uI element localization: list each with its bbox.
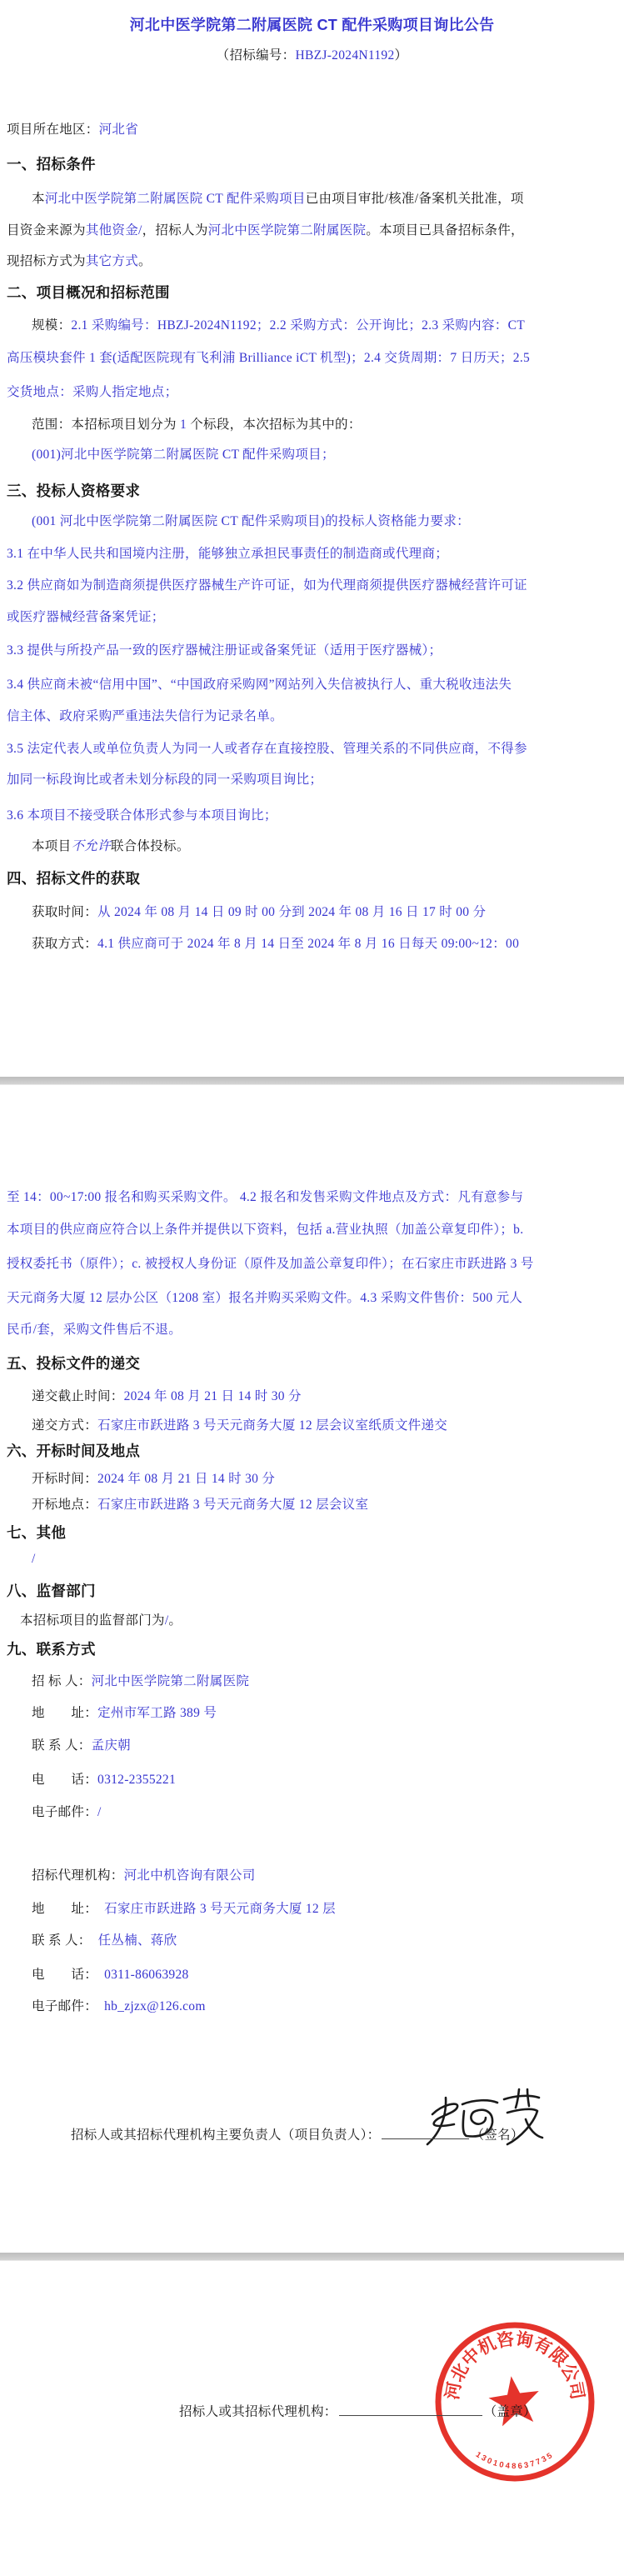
- page-separator-2: [0, 2253, 624, 2261]
- text-segment: 。: [138, 254, 152, 268]
- section-5-heading: 五、投标文件的递交: [7, 1355, 140, 1373]
- text-segment: 本项目: [32, 839, 71, 853]
- agency-name: 招标代理机构：河北中机咨询有限公司: [32, 1868, 256, 1884]
- text-segment: 其他资金/: [86, 223, 142, 238]
- bidder-email: 电子邮件：/: [32, 1805, 102, 1821]
- text-segment: 电子邮件：: [32, 1999, 104, 2013]
- seal-line: 招标人或其招标代理机构：（盖章）: [179, 2402, 537, 2420]
- text-segment: 河北省: [99, 123, 138, 137]
- text-segment: 个标段，本次招标为其中的：: [190, 418, 361, 432]
- condition-para-line3: 现招标方式为其它方式。: [7, 254, 152, 270]
- text-segment: 石家庄市跃进路 3 号天元商务大厦 12 层会议室: [97, 1498, 368, 1512]
- text-segment: 开标时间：: [32, 1472, 97, 1486]
- obtain-method-line4: 授权委托书（原件）；c. 被授权人身份证（原件及加盖公章复印件）；在石家庄市跃进…: [7, 1257, 534, 1273]
- obtain-method-line6: 民币/套，采购文件售后不退。: [7, 1323, 182, 1338]
- text-segment: 获取时间：: [32, 905, 97, 919]
- lot-line: (001)河北中医学院第二附属医院 CT 配件采购项目；: [32, 448, 335, 463]
- open-place: 开标地点：石家庄市跃进路 3 号天元商务大厦 12 层会议室: [32, 1498, 368, 1513]
- text-segment: 加同一标段询比或者未划分标段的同一采购项目询比；: [7, 773, 322, 787]
- agency-contact: 联 系 人： 任丛楠、蒋欣: [32, 1933, 177, 1949]
- text-segment: 定州市军工路 389 号: [97, 1706, 217, 1720]
- text-segment: hb_zjzx@126.com: [104, 1999, 206, 2013]
- scope-line2: 高压模块套件 1 套(适配医院现有飞利浦 Brilliance iCT 机型)；…: [7, 351, 530, 367]
- announcement-page: 河北中机咨询有限公司 1301048637735 河北中医学院第二附属医院 CT…: [0, 0, 624, 2576]
- section-6-heading: 六、开标时间及地点: [7, 1443, 140, 1460]
- text-segment: （盖章）: [484, 2405, 537, 2419]
- text-segment: ，招标人为: [142, 223, 208, 238]
- text-segment: 五、投标文件的递交: [7, 1355, 140, 1372]
- text-segment: 递交方式：: [32, 1418, 97, 1433]
- text-segment: /: [32, 1552, 36, 1566]
- text-segment: 地 址：: [32, 1902, 104, 1916]
- text-segment: 电子邮件：: [32, 1805, 97, 1819]
- text-segment: 联 系 人：: [32, 1933, 98, 1948]
- text-segment: 。本项目已具备招标条件，: [366, 223, 524, 238]
- text-segment: 河北中医学院第二附属医院 CT 配件采购项目: [45, 192, 306, 206]
- text-segment: 范围：本招标项目划分为: [32, 418, 177, 432]
- qualification-3-4-line2: 信主体、政府采购严重违法失信行为记录名单。: [7, 709, 283, 725]
- text-segment: 授权委托书（原件）；c. 被授权人身份证（原件及加盖公章复印件）；在石家庄市跃进…: [7, 1257, 534, 1271]
- obtain-method-line2: 至 14：00~17:00 报名和购买采购文件。 4.2 报名和发售采购文件地点…: [7, 1190, 523, 1206]
- text-segment: 本招标项目的监督部门为: [20, 1613, 165, 1628]
- text-segment: 。: [168, 1613, 182, 1628]
- text-segment: 二、项目概况和招标范围: [7, 284, 170, 301]
- text-segment: 联 系 人：: [32, 1738, 92, 1753]
- obtain-time: 获取时间：从 2024 年 08 月 14 日 09 时 00 分到 2024 …: [32, 905, 486, 921]
- obtain-method-line5: 天元商务大厦 12 层办公区（1208 室）报名并购买采购文件。4.3 采购文件…: [7, 1291, 522, 1307]
- section-9-heading: 九、联系方式: [7, 1641, 96, 1658]
- text-segment: 4.1 供应商可于 2024 年 8 月 14 日至 2024 年 8 月 16…: [97, 937, 519, 951]
- agency-phone: 电 话： 0311-86063928: [32, 1968, 189, 1983]
- text-segment: 电 话：: [32, 1968, 104, 1982]
- text-segment: (001)河北中医学院第二附属医院 CT 配件采购项目；: [32, 448, 335, 462]
- text-segment: 本项目的供应商应符合以上条件并提供以下资料，包括 a.营业执照（加盖公章复印件）…: [7, 1223, 523, 1237]
- text-segment: 其它方式: [86, 254, 138, 268]
- text-segment: 四、招标文件的获取: [7, 870, 140, 887]
- text-segment: 3.6 本项目不接受联合体形式参与本项目询比；: [7, 808, 277, 823]
- text-segment: 开标地点：: [32, 1498, 97, 1512]
- text-segment: 河北中医学院第二附属医院 CT 配件采购项目询比公告: [130, 17, 495, 33]
- text-segment: （招标编号：: [217, 48, 296, 63]
- qualification-3-2-line1: 3.2 供应商如为制造商须提供医疗器械生产许可证，如为代理商须提供医疗器械经营许…: [7, 578, 527, 594]
- bidder-address: 地 址：定州市军工路 389 号: [32, 1706, 217, 1722]
- qualification-3-3: 3.3 提供与所投产品一致的医疗器械注册证或备案凭证（适用于医疗器械）；: [7, 643, 442, 659]
- text-segment: 2024 年 08 月 21 日 14 时 30 分: [124, 1389, 302, 1403]
- text-segment: 2024 年 08 月 21 日 14 时 30 分: [97, 1472, 275, 1486]
- text-segment: （签名）: [471, 2128, 523, 2143]
- text-segment: 高压模块套件 1 套(适配医院现有飞利浦 Brilliance iCT 机型)；…: [7, 351, 530, 365]
- project-region: 项目所在地区：河北省: [7, 123, 138, 138]
- text-segment: 民币/套，采购文件售后不退。: [7, 1323, 182, 1337]
- text-segment: 本: [32, 192, 45, 206]
- page-separator-1: [0, 1077, 624, 1085]
- submit-deadline: 递交截止时间：2024 年 08 月 21 日 14 时 30 分: [32, 1389, 302, 1405]
- text-segment: 规模：: [32, 318, 71, 333]
- text-segment: 0312-2355221: [97, 1773, 176, 1787]
- agency-address: 地 址： 石家庄市跃进路 3 号天元商务大厦 12 层: [32, 1902, 336, 1918]
- page-title: 河北中医学院第二附属医院 CT 配件采购项目询比公告: [0, 17, 624, 35]
- obtain-method-line1: 获取方式：4.1 供应商可于 2024 年 8 月 14 日至 2024 年 8…: [32, 937, 519, 953]
- text-segment: HBZJ-2024N1192: [295, 48, 394, 63]
- text-segment: 招 标 人：: [32, 1674, 92, 1688]
- obtain-method-line3: 本项目的供应商应符合以上条件并提供以下资料，包括 a.营业执照（加盖公章复印件）…: [7, 1223, 523, 1238]
- range-line: 范围：本招标项目划分为 1 个标段，本次招标为其中的：: [32, 418, 362, 433]
- qualification-3-5-line1: 3.5 法定代表人或单位负责人为同一人或者存在直接控股、管理关系的不同供应商，不…: [7, 742, 527, 758]
- section-8-heading: 八、监督部门: [7, 1583, 96, 1600]
- scope-line3: 交货地点：采购人指定地点；: [7, 385, 177, 401]
- agency-email: 电子邮件： hb_zjzx@126.com: [32, 1999, 206, 2015]
- text-segment: 任丛楠、蒋欣: [98, 1933, 177, 1948]
- text-segment: 3.5 法定代表人或单位负责人为同一人或者存在直接控股、管理关系的不同供应商，不…: [7, 742, 527, 756]
- handwritten-signature: [421, 2079, 546, 2158]
- text-segment: 或医疗器械经营备案凭证；: [7, 610, 165, 624]
- text-segment: 六、开标时间及地点: [7, 1443, 140, 1459]
- text-segment: 石家庄市跃进路 3 号天元商务大厦 12 层会议室纸质文件递交: [97, 1418, 447, 1433]
- text-segment: 至 14：00~17:00 报名和购买采购文件。 4.2 报名和发售采购文件地点…: [7, 1190, 523, 1204]
- text-segment: 招标人或其招标代理机构主要负责人（项目负责人）：: [71, 2128, 380, 2143]
- qualification-3-2-line2: 或医疗器械经营备案凭证；: [7, 610, 165, 626]
- text-segment: 八、监督部门: [7, 1583, 96, 1599]
- text-segment: 一、招标条件: [7, 156, 96, 173]
- text-segment: 3.3 提供与所投产品一致的医疗器械注册证或备案凭证（适用于医疗器械）；: [7, 643, 442, 658]
- text-segment: 不允许: [71, 839, 110, 853]
- scope-line1: 规模：2.1 采购编号：HBZJ-2024N1192；2.2 采购方式：公开询比…: [32, 318, 525, 334]
- text-segment: 九、联系方式: [7, 1641, 96, 1658]
- text-segment: 3.4 供应商未被“信用中国”、“中国政府采购网”网站列入失信被执行人、重大税收…: [7, 678, 512, 692]
- text-segment: 联合体投标。: [111, 839, 190, 853]
- bidder-name: 招 标 人：河北中医学院第二附属医院: [32, 1674, 249, 1690]
- text-segment: 0311-86063928: [104, 1968, 189, 1982]
- bidder-contact: 联 系 人：孟庆朝: [32, 1738, 131, 1754]
- text-segment: 获取方式：: [32, 937, 97, 951]
- sign-line: 招标人或其招标代理机构主要负责人（项目负责人）：（签名）: [71, 2125, 524, 2143]
- text-segment: 递交截止时间：: [32, 1389, 124, 1403]
- text-segment: 3.2 供应商如为制造商须提供医疗器械生产许可证，如为代理商须提供医疗器械经营许…: [7, 578, 527, 593]
- seal-code-text: 1301048637735: [474, 2450, 556, 2471]
- bidder-phone: 电 话：0312-2355221: [32, 1773, 176, 1788]
- qualification-intro: (001 河北中医学院第二附属医院 CT 配件采购项目)的投标人资格能力要求：: [32, 514, 470, 530]
- text-segment: 信主体、政府采购严重违法失信行为记录名单。: [7, 709, 283, 723]
- text-segment: 地 址：: [32, 1706, 97, 1720]
- text-segment: 3.1 在中华人民共和国境内注册，能够独立承担民事责任的制造商或代理商；: [7, 547, 448, 561]
- fill-in-blank-underline: [382, 2125, 469, 2139]
- consortium-line: 本项目不允许联合体投标。: [32, 839, 190, 855]
- text-segment: 目资金来源为: [7, 223, 86, 238]
- text-segment: 石家庄市跃进路 3 号天元商务大厦 12 层: [104, 1902, 336, 1916]
- text-segment: 已由项目审批/核准/备案机关批准，项: [306, 192, 524, 206]
- qualification-3-6: 3.6 本项目不接受联合体形式参与本项目询比；: [7, 808, 277, 824]
- condition-para-line1: 本河北中医学院第二附属医院 CT 配件采购项目已由项目审批/核准/备案机关批准，…: [32, 192, 524, 208]
- section-3-heading: 三、投标人资格要求: [7, 483, 140, 500]
- open-time: 开标时间：2024 年 08 月 21 日 14 时 30 分: [32, 1472, 275, 1488]
- text-segment: 2.1 采购编号：HBZJ-2024N1192；2.2 采购方式：公开询比；2.…: [71, 318, 525, 333]
- text-segment: (001 河北中医学院第二附属医院 CT 配件采购项目)的投标人资格能力要求：: [32, 514, 470, 528]
- text-segment: ）: [395, 48, 408, 63]
- supervision-line: 本招标项目的监督部门为/。: [20, 1613, 182, 1629]
- qualification-3-4-line1: 3.4 供应商未被“信用中国”、“中国政府采购网”网站列入失信被执行人、重大税收…: [7, 678, 512, 693]
- text-segment: 三、投标人资格要求: [7, 483, 140, 499]
- text-segment: /: [97, 1805, 102, 1819]
- text-segment: 交货地点：采购人指定地点；: [7, 385, 177, 399]
- section-1-heading: 一、招标条件: [7, 156, 96, 173]
- text-segment: 天元商务大厦 12 层办公区（1208 室）报名并购买采购文件。4.3 采购文件…: [7, 1291, 522, 1305]
- text-segment: 项目所在地区：: [7, 123, 99, 137]
- section-2-heading: 二、项目概况和招标范围: [7, 284, 170, 302]
- text-segment: 孟庆朝: [92, 1738, 131, 1753]
- tender-ref: （招标编号：HBZJ-2024N1192）: [0, 48, 624, 64]
- condition-para-line2: 目资金来源为其他资金/，招标人为河北中医学院第二附属医院。本项目已具备招标条件，: [7, 223, 524, 239]
- text-segment: 招标人或其招标代理机构：: [179, 2405, 337, 2419]
- text-segment: 七、其他: [7, 1524, 66, 1541]
- qualification-3-5-line2: 加同一标段询比或者未划分标段的同一采购项目询比；: [7, 773, 322, 788]
- fill-in-blank-underline: [339, 2402, 482, 2416]
- text-segment: 河北中医学院第二附属医院: [92, 1674, 250, 1688]
- other-value: /: [32, 1552, 36, 1568]
- qualification-3-1: 3.1 在中华人民共和国境内注册，能够独立承担民事责任的制造商或代理商；: [7, 547, 448, 563]
- section-4-heading: 四、招标文件的获取: [7, 870, 140, 888]
- text-segment: 电 话：: [32, 1773, 97, 1787]
- text-segment: 河北中机咨询有限公司: [124, 1868, 256, 1883]
- text-segment: 1: [177, 418, 190, 432]
- text-segment: 现招标方式为: [7, 254, 86, 268]
- text-segment: 从 2024 年 08 月 14 日 09 时 00 分到 2024 年 08 …: [97, 905, 486, 919]
- section-7-heading: 七、其他: [7, 1524, 66, 1542]
- submit-method: 递交方式：石家庄市跃进路 3 号天元商务大厦 12 层会议室纸质文件递交: [32, 1418, 447, 1434]
- text-segment: 河北中医学院第二附属医院: [208, 223, 367, 238]
- text-segment: 招标代理机构：: [32, 1868, 124, 1883]
